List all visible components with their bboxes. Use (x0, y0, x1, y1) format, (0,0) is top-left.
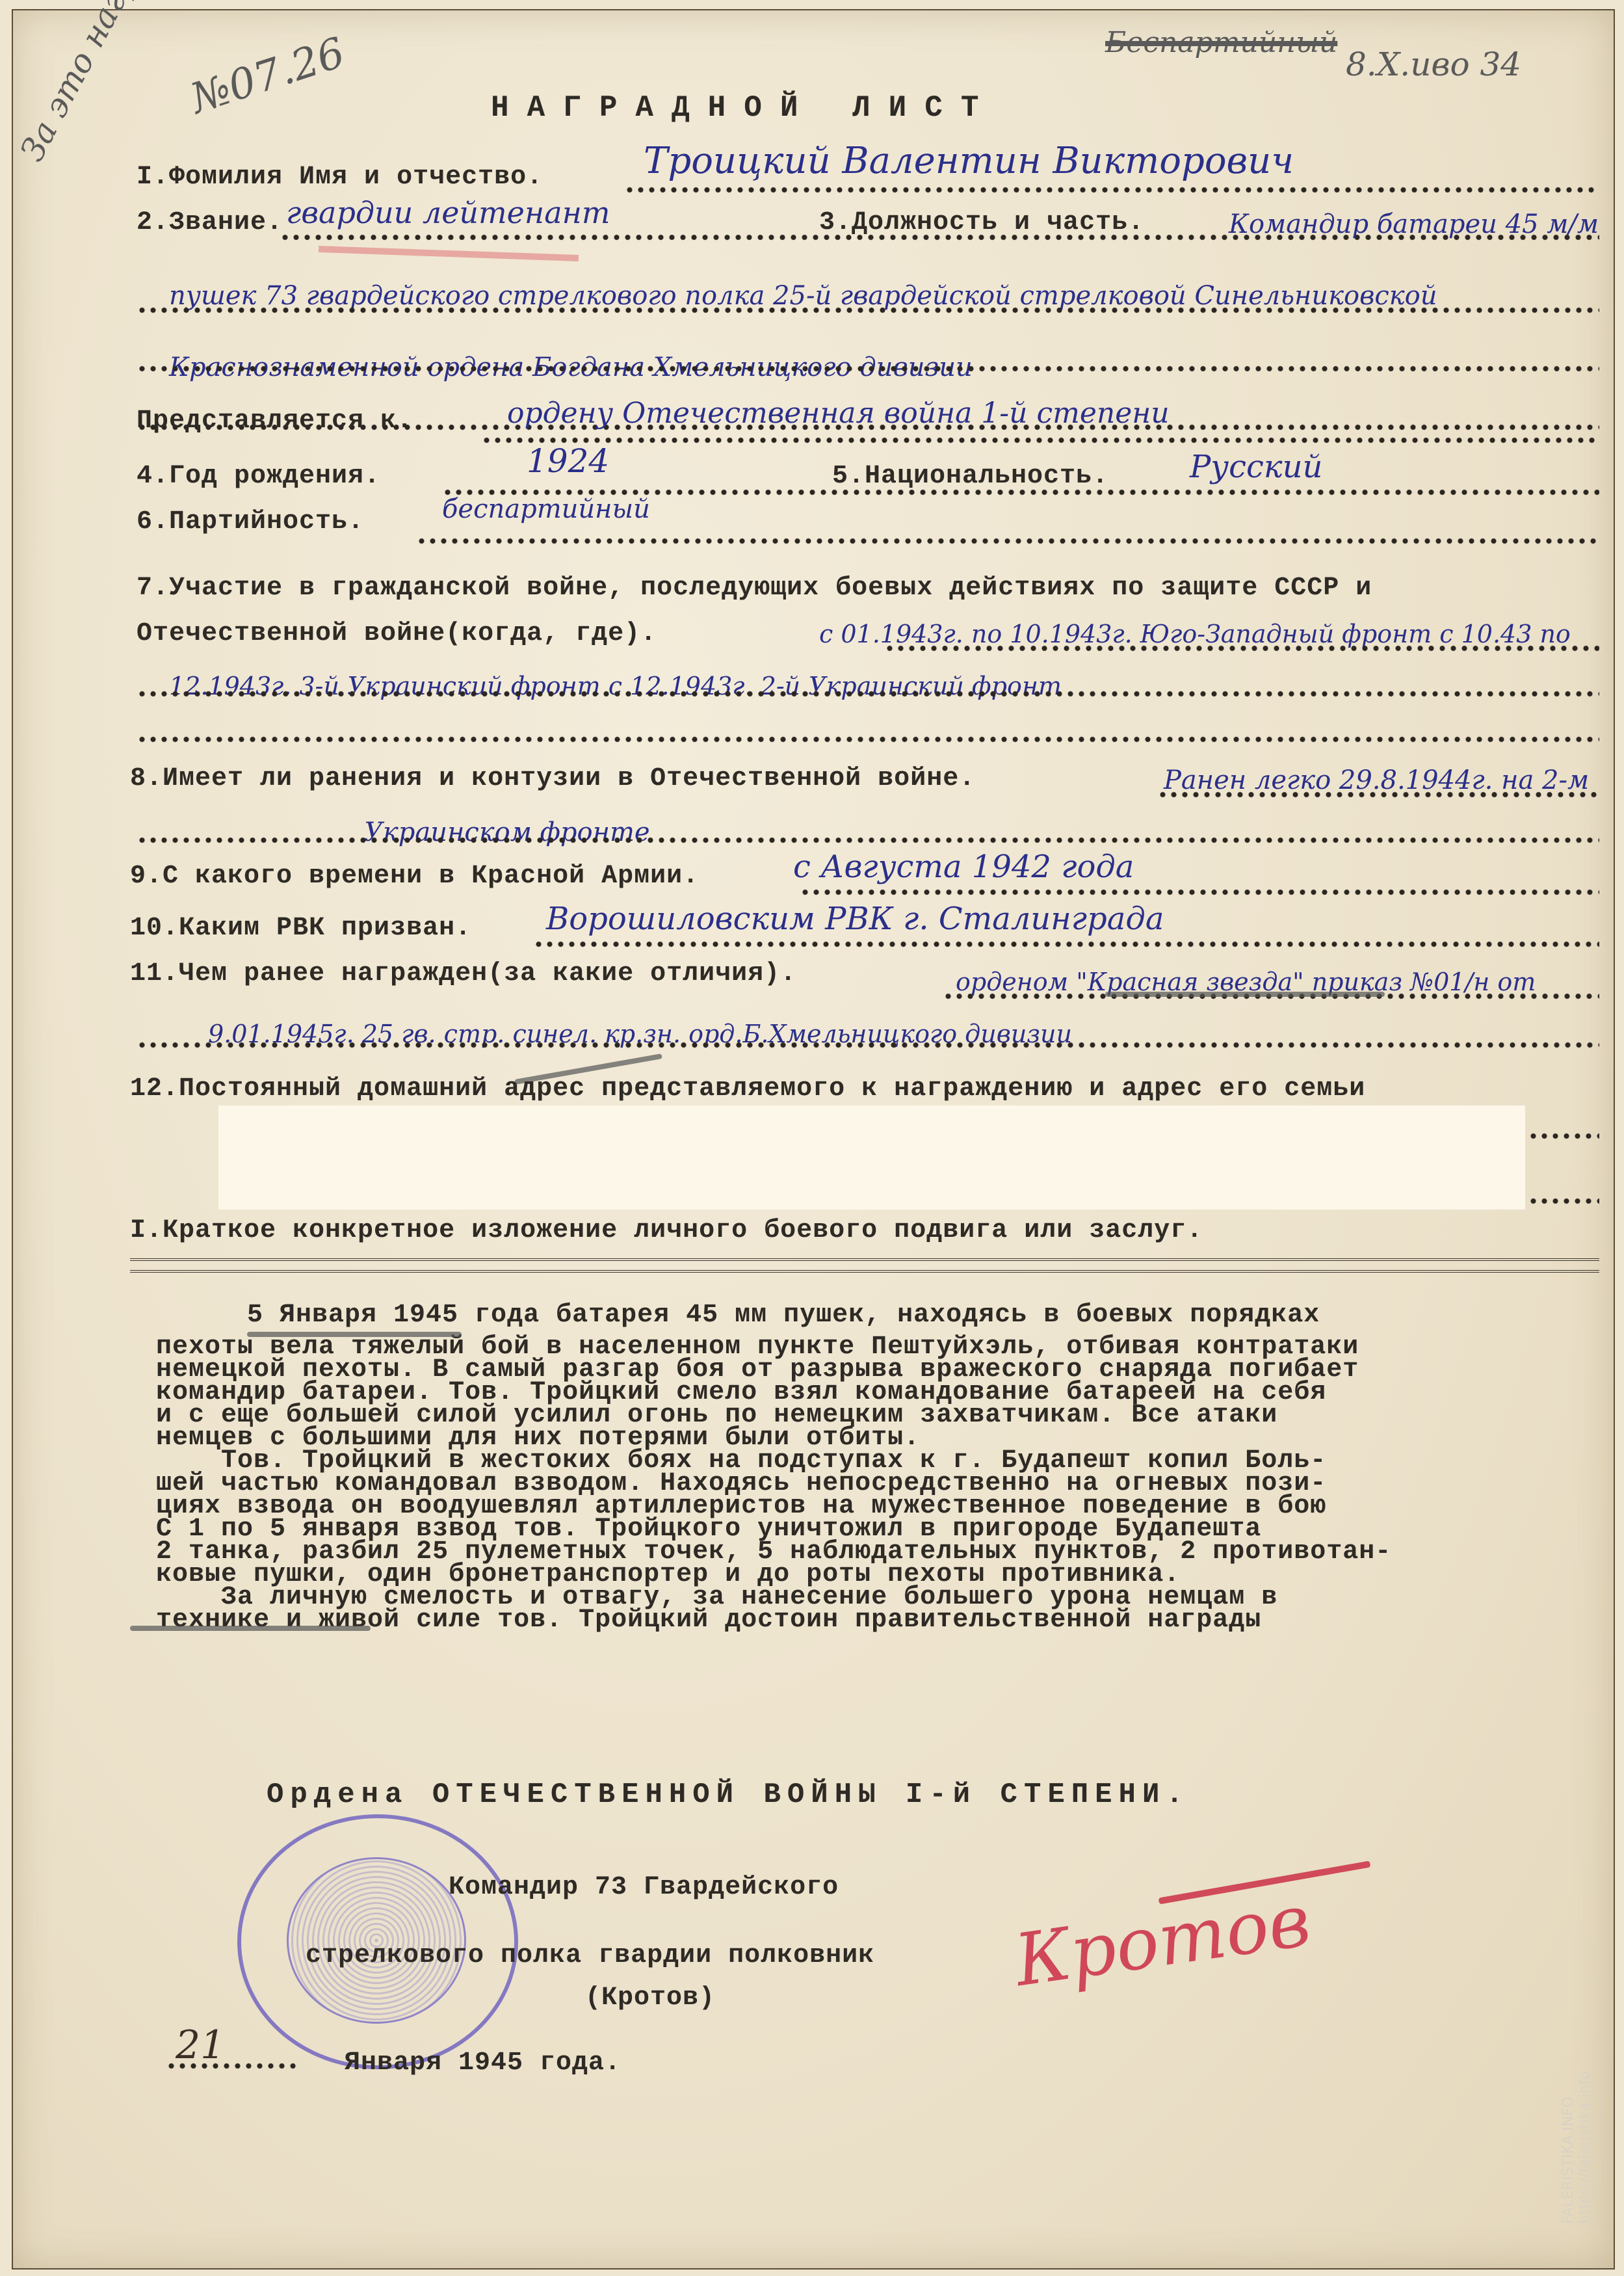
date-rest: Января 1945 года. (345, 2048, 621, 2078)
field-6-label: 6.Партийность. (137, 507, 364, 536)
field-9-value: с Августа 1942 года (793, 849, 1134, 885)
nominated-for-value: ордену Отечественная война 1-й степени (507, 397, 1170, 430)
signature-line-1: Командир 73 Гвардейского (449, 1873, 839, 1902)
field-6-value: беспартийный (442, 494, 650, 524)
pencil-underline (247, 1332, 462, 1337)
dotted-line (137, 306, 1599, 315)
dotted-line (137, 1040, 1599, 1050)
nominated-for-label: Представляется к. (137, 406, 413, 436)
dotted-line (800, 888, 1599, 897)
double-dash-separator (130, 1258, 1599, 1273)
dotted-line (137, 364, 1599, 373)
field-10-value: Ворошиловским РВК г. Сталинграда (546, 901, 1164, 937)
signature-line-2: стрелкового полка гвардии полковник (306, 1941, 874, 1970)
signature-line-3: (Кротов) (585, 1983, 715, 2013)
pencil-underline (130, 1626, 371, 1631)
dotted-line (166, 2061, 296, 2071)
field-4-value: 1924 (527, 442, 609, 480)
award-line: Ордена ОТЕЧЕСТВЕННОЙ ВОЙНЫ I-й СТЕПЕНИ. (267, 1779, 1190, 1811)
field-4-label: 4.Год рождения. (137, 462, 380, 491)
document-title: НАГРАДНОЙ ЛИСТ (491, 91, 997, 125)
section-heading: I.Краткое конкретное изложение личного б… (130, 1216, 1203, 1245)
dotted-line (1157, 790, 1599, 799)
field-5-value: Русский (1190, 449, 1322, 485)
pencil-underline (1105, 992, 1385, 997)
dotted-line (533, 940, 1599, 949)
dotted-line (1528, 1197, 1599, 1206)
crossed-out-note: Беспартийный (1105, 26, 1337, 59)
top-right-note: 8.Х.иво 34 (1346, 46, 1521, 83)
dotted-line (137, 836, 1599, 845)
dotted-line (884, 644, 1599, 653)
field-1-label: I.Фомилия Имя и отчество. (137, 163, 543, 192)
dotted-line (137, 689, 1599, 698)
narrative-paragraph: 5 Января 1945 года батарея 45 мм пушек, … (156, 1304, 1391, 1632)
dotted-line (416, 536, 1599, 546)
field-1-value: Троицкий Валентин Викторович (644, 140, 1294, 182)
dotted-line (1528, 1131, 1599, 1141)
watermark: FALERISTIKA.INFO https://faleristika.inf… (1560, 2071, 1593, 2224)
field-9-label: 9.С какого времени в Красной Армии. (130, 862, 699, 891)
field-10-label: 10.Каким РВК призван. (130, 914, 471, 943)
redacted-address (218, 1105, 1525, 1210)
narrative-line: 5 Января 1945 года батарея 45 мм пушек, … (156, 1304, 1391, 1327)
coat-of-arms-emblem (287, 1857, 466, 2024)
field-5-label: 5.Национальность. (832, 462, 1108, 491)
dotted-line (137, 735, 1599, 744)
dotted-line (481, 436, 1599, 445)
